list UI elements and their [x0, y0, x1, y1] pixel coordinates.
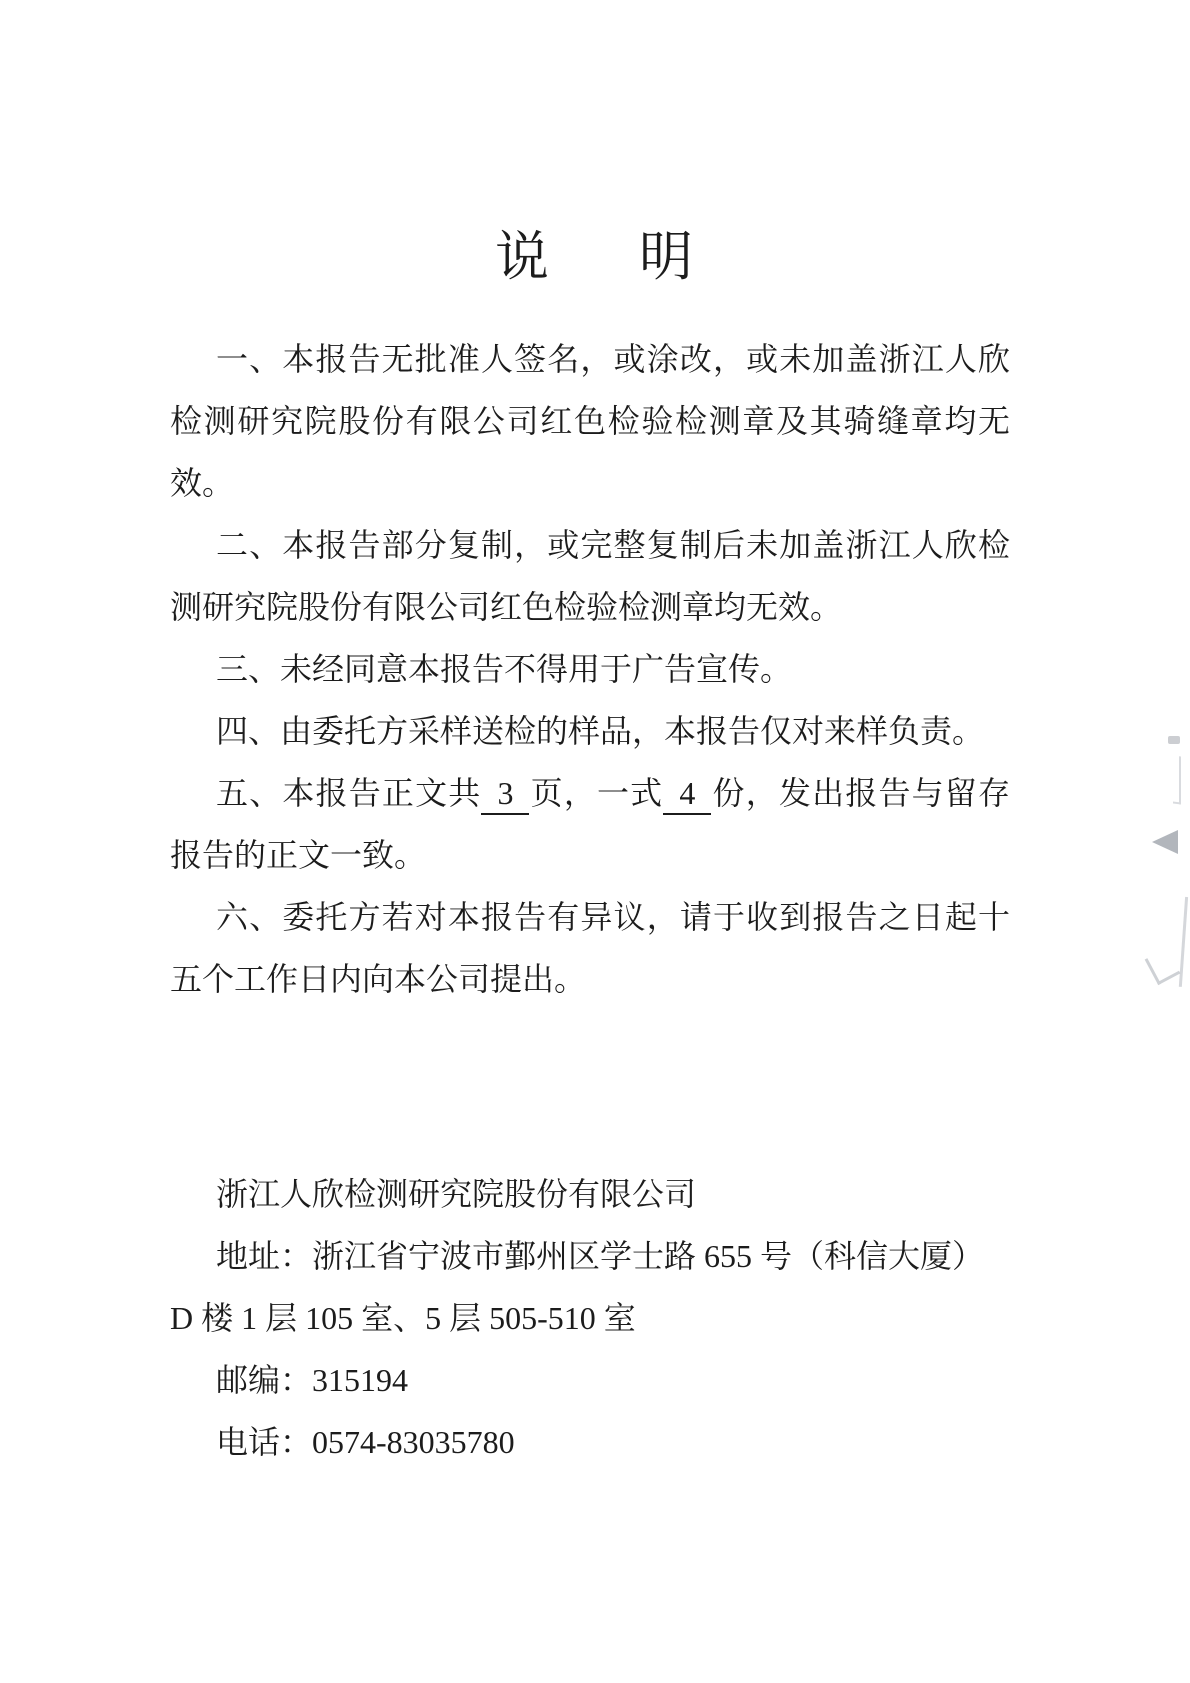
postcode-value: 315194 — [312, 1362, 408, 1398]
address-label: 地址： — [216, 1238, 312, 1274]
postcode-label: 邮编： — [216, 1362, 312, 1398]
phone-label: 电话： — [216, 1424, 312, 1460]
note-item-6: 六、委托方若对本报告有异议，请于收到报告之日起十五个工作日内向本公司提出。 — [170, 886, 1010, 1010]
phone-value: 0574-83035780 — [312, 1424, 515, 1460]
pages-count-blank: 3 — [481, 773, 529, 815]
postcode-line: 邮编：315194 — [170, 1349, 1010, 1411]
note-item-2: 二、本报告部分复制，或完整复制后未加盖浙江人欣检测研究院股份有限公司红色检验检测… — [170, 514, 1010, 638]
note-item-5: 五、本报告正文共3页，一式4份，发出报告与留存报告的正文一致。 — [170, 762, 1010, 886]
note-item-1: 一、本报告无批准人签名，或涂改，或未加盖浙江人欣检测研究院股份有限公司红色检验检… — [170, 328, 1010, 514]
title-char-ming: 明 — [639, 214, 695, 291]
notes-section: 一、本报告无批准人签名，或涂改，或未加盖浙江人欣检测研究院股份有限公司红色检验检… — [170, 328, 1010, 1010]
company-name: 浙江人欣检测研究院股份有限公司 — [170, 1163, 1010, 1225]
address-line-2: D 楼 1 层 105 室、5 层 505-510 室 — [170, 1287, 1010, 1349]
address-line-1: 地址：浙江省宁波市鄞州区学士路 655 号（科信大厦） — [170, 1225, 1010, 1287]
phone-line: 电话：0574-83035780 — [170, 1411, 1010, 1473]
note-item-5-prefix: 五、本报告正文共 — [216, 775, 481, 811]
address-value: 浙江省宁波市鄞州区学士路 655 号（科信大厦） — [312, 1238, 984, 1274]
company-info-section: 浙江人欣检测研究院股份有限公司 地址：浙江省宁波市鄞州区学士路 655 号（科信… — [170, 1163, 1010, 1473]
note-item-3: 三、未经同意本报告不得用于广告宣传。 — [170, 638, 1010, 700]
page-title: 说 明 — [0, 214, 1190, 291]
title-char-shuo: 说 — [495, 214, 551, 291]
note-item-4: 四、由委托方采样送检的样品，本报告仅对来样负责。 — [170, 700, 1010, 762]
document-page: 说 明 一、本报告无批准人签名，或涂改，或未加盖浙江人欣检测研究院股份有限公司红… — [0, 0, 1190, 1683]
note-item-5-mid: 页，一式 — [529, 775, 663, 811]
scan-artifact — [1168, 736, 1180, 744]
scan-artifact — [1152, 830, 1178, 854]
copies-count-blank: 4 — [663, 773, 711, 815]
scan-artifact — [1173, 755, 1181, 804]
